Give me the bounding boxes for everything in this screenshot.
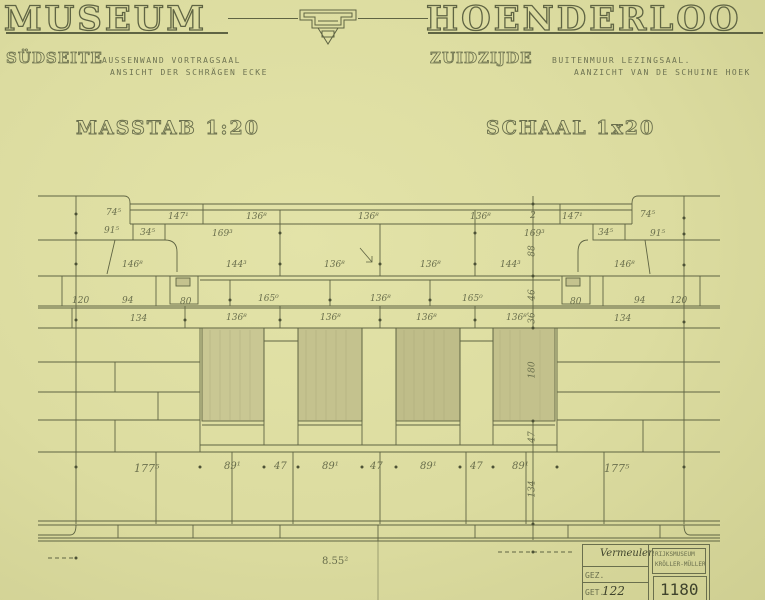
dim-vertical-3: 180	[528, 361, 538, 378]
title-block-signature-line	[582, 566, 648, 567]
dim-vertical-2: 36	[528, 312, 538, 323]
dim-row5-4: 136⁸	[506, 313, 527, 323]
dim-row1-3: 136⁸	[358, 212, 379, 222]
dim-row4-5: 165⁰	[462, 294, 483, 304]
dim-row1-0: 74⁵	[106, 208, 121, 218]
dim-row2-2: 169³	[212, 229, 233, 239]
title-block-get-value: 122	[602, 584, 625, 598]
dim-row1-2: 136⁸	[246, 212, 267, 222]
title-block-stamp-line1: RIJKSMUSEUM	[655, 551, 695, 558]
dim-row1-7: 74⁵	[640, 210, 655, 220]
dim-row4-3: 165⁰	[258, 294, 279, 304]
dim-row1-6: 147¹	[562, 212, 583, 222]
dim-row6-1: 89¹	[224, 461, 241, 472]
dim-row3-5: 146⁸	[614, 260, 635, 270]
title-block-vertical-divider	[648, 544, 649, 600]
dim-row5-3: 136⁸	[416, 313, 437, 323]
dim-row3-1: 144³	[226, 260, 247, 270]
dim-vertical-5: 134	[528, 480, 538, 497]
title-block-divider	[582, 582, 648, 583]
dim-row2-1: 34⁵	[140, 228, 155, 238]
dim-row5-0: 134	[130, 314, 147, 324]
drawing-number: 1180	[660, 580, 699, 599]
dim-overall-width: 8.55²	[322, 556, 348, 567]
dim-row4-0: 120	[72, 296, 89, 306]
dim-row2-5: 91⁵	[650, 229, 665, 239]
dim-vertical-0: 88	[528, 245, 538, 256]
dim-row6-6: 47	[470, 461, 483, 472]
dim-row6-5: 89¹	[420, 461, 437, 472]
dim-row6-0: 177⁵	[134, 462, 159, 475]
dim-row5-1: 136⁸	[226, 313, 247, 323]
dim-row3-3: 136⁸	[420, 260, 441, 270]
dim-row6-2: 47	[274, 461, 287, 472]
dim-vertical-1: 46	[528, 289, 538, 300]
dim-row4-8: 120	[670, 296, 687, 306]
dim-row1-1: 147¹	[168, 212, 189, 222]
dim-row1-4: 136⁸	[470, 212, 491, 222]
dim-row6-4: 47	[370, 461, 383, 472]
dim-row6-8: 177⁵	[604, 462, 629, 475]
dim-row3-0: 146⁸	[122, 260, 143, 270]
dim-row3-4: 144³	[500, 260, 521, 270]
title-block-gez-label: GEZ.	[585, 571, 604, 580]
dim-row3-2: 136⁸	[324, 260, 345, 270]
dim-row4-6: 80	[570, 297, 581, 307]
dim-row4-7: 94	[634, 296, 645, 306]
dim-row6-3: 89¹	[322, 461, 339, 472]
dim-row4-2: 80	[180, 297, 191, 307]
dim-row4-4: 136⁸	[370, 294, 391, 304]
dim-vertical-4: 47	[528, 431, 538, 442]
dim-row2-3: 169³	[524, 229, 545, 239]
dim-row6-7: 89¹	[512, 461, 529, 472]
title-block-signature: Vermeulen	[600, 548, 654, 559]
dim-row1-5: 2	[530, 211, 536, 221]
dim-row2-4: 34⁵	[598, 228, 613, 238]
dim-row4-1: 94	[122, 296, 133, 306]
title-block-stamp-line2: KRÖLLER-MÜLLER	[655, 561, 706, 568]
dim-row2-0: 91⁵	[104, 226, 119, 236]
dim-row5-2: 136⁸	[320, 313, 341, 323]
dim-row5-5: 134	[614, 314, 631, 324]
